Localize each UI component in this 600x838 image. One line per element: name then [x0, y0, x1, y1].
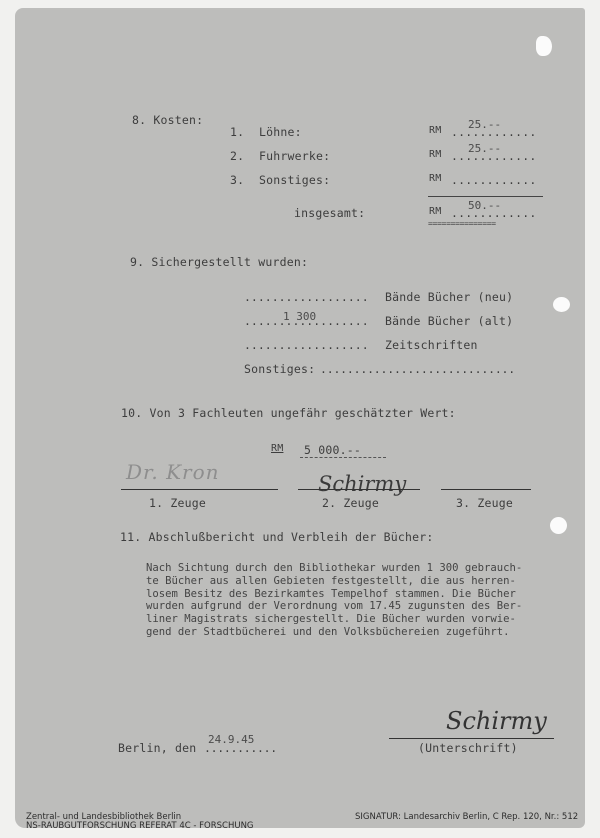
cost-item-currency: RM	[429, 173, 441, 184]
cost-item-label: Sonstiges:	[259, 173, 330, 187]
cost-item-value: 25.--	[468, 118, 501, 131]
witness3-line	[441, 489, 531, 490]
cost-item-currency: RM	[429, 125, 441, 136]
secured-dots: ..................	[244, 290, 369, 304]
cost-item-value: 25.--	[468, 142, 501, 155]
total-currency: RM	[429, 206, 441, 217]
sum-rule	[428, 196, 543, 197]
section11-heading: 11. Abschlußbericht und Verbleih der Büc…	[120, 530, 433, 544]
punch-hole-bottom	[550, 517, 567, 534]
witness3-label: 3. Zeuge	[456, 496, 513, 510]
total-label: insgesamt:	[294, 206, 365, 220]
cost-item-dots: ............	[451, 173, 536, 187]
section10-heading: 10. Von 3 Fachleuten ungefähr geschätzte…	[121, 406, 456, 420]
witness1-signature: Dr. Kron	[126, 460, 220, 484]
estimate-underline	[300, 457, 386, 459]
cost-item-label: Fuhrwerke:	[259, 149, 330, 163]
place-label: Berlin, den	[118, 741, 196, 755]
section8-heading: 8. Kosten:	[132, 113, 203, 127]
final-signature: Schirmy	[446, 707, 547, 735]
total-value: 50.--	[468, 199, 501, 212]
footer-signature-ref: SIGNATUR: Landesarchiv Berlin, C Rep. 12…	[355, 812, 578, 822]
witness1-line	[121, 489, 278, 490]
final-report-text: Nach Sichtung durch den Bibliothekar wur…	[146, 562, 576, 639]
cost-item-currency: RM	[429, 149, 441, 160]
witness2-label: 2. Zeuge	[322, 496, 379, 510]
witness1-label: 1. Zeuge	[149, 496, 206, 510]
secured-label: Bände Bücher (alt)	[385, 314, 513, 328]
signature-line	[389, 738, 554, 739]
witness2-line	[298, 489, 420, 490]
secured-other-dots: .............................	[320, 362, 515, 376]
signature-label: (Unterschrift)	[418, 741, 518, 755]
secured-label: Zeitschriften	[385, 338, 478, 352]
cost-item-num: 2.	[230, 149, 244, 163]
cost-item-num: 1.	[230, 125, 244, 139]
secured-value: 1 300	[282, 310, 317, 323]
secured-label: Bände Bücher (neu)	[385, 290, 513, 304]
paper-tear	[536, 36, 552, 56]
estimate-currency: RM	[271, 443, 283, 454]
secured-dots: ..................	[244, 338, 369, 352]
cost-item-label: Löhne:	[259, 125, 302, 139]
footer-department: NS-RAUBGUTFORSCHUNG REFERAT 4C - FORSCHU…	[26, 821, 254, 831]
punch-hole-top	[553, 297, 570, 312]
total-double-underline: ===============	[428, 219, 496, 228]
secured-other-label: Sonstiges:	[244, 362, 315, 376]
date-dots: ...........	[204, 741, 277, 755]
section9-heading: 9. Sichergestellt wurden:	[130, 255, 308, 269]
estimate-value: 5 000.--	[304, 443, 361, 457]
witness2-signature: Schirmy	[318, 472, 406, 496]
cost-item-num: 3.	[230, 173, 244, 187]
